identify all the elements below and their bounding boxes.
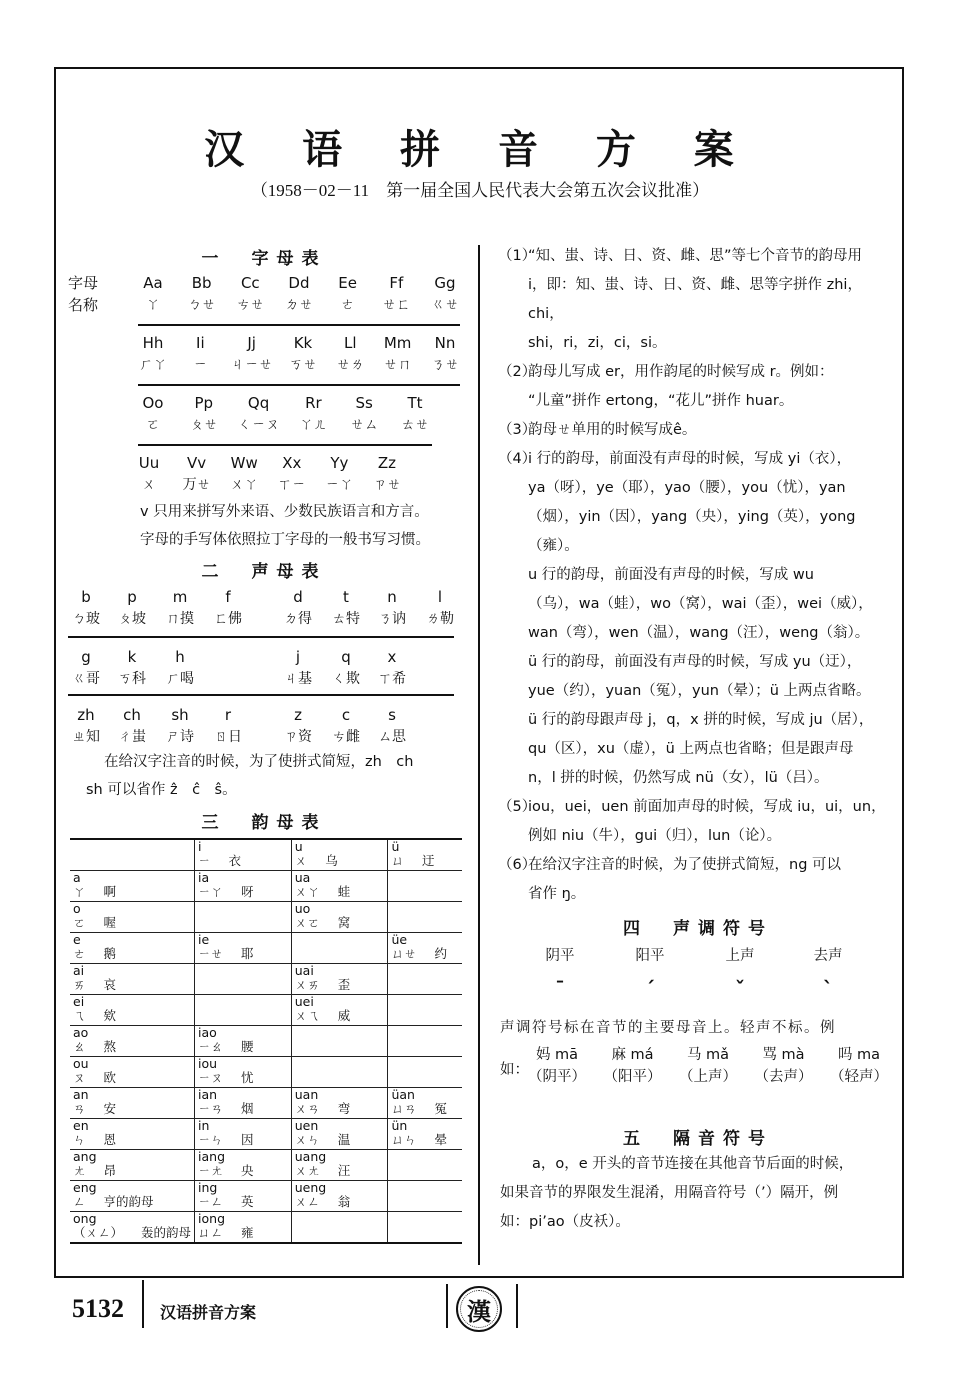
- final-zhuyin: ㄧㄚ呀: [198, 885, 288, 899]
- example-character: 英: [241, 1194, 254, 1209]
- letter: Kk: [286, 332, 320, 354]
- finals-cell: [195, 902, 292, 933]
- finals-cell: eiㄟ欸: [70, 995, 195, 1026]
- finals-cell: uㄨ乌: [291, 839, 388, 871]
- final-zhuyin: [295, 1026, 385, 1040]
- final-zhuyin: ㄨㄛ窝: [295, 916, 385, 930]
- alphabet-cell: Ddㄉㄝ: [282, 272, 316, 316]
- zhuyin-symbol: ㄨㄢ: [295, 1101, 320, 1116]
- example-character: 翁: [338, 1194, 351, 1209]
- alphabet-cell: Uuㄨ: [132, 452, 166, 496]
- final-pinyin: iong: [198, 1212, 288, 1226]
- zhuyin-symbol: ㄟ: [73, 1008, 86, 1023]
- final-zhuyin: ㄞ哀: [73, 978, 191, 992]
- example-word: 骂 mà: [755, 1044, 813, 1066]
- final-pinyin: an: [73, 1088, 191, 1102]
- final-zhuyin: ㄨ乌: [295, 854, 385, 868]
- note-line: shi，ri，zi，ci，si。: [498, 329, 896, 358]
- finals-cell: iaoㄧㄠ腰: [195, 1026, 292, 1057]
- note-text: u 行的韵母，前面没有声母的时候，写成 wu: [528, 567, 814, 583]
- zhuyin-symbol: ㄤ: [73, 1163, 86, 1178]
- finals-cell: üanㄩㄢ冤: [388, 1088, 462, 1119]
- final-zhuyin: ㄩㄥ雍: [198, 1226, 288, 1240]
- finals-cell: uaiㄨㄞ歪: [291, 964, 388, 995]
- example-character: 因: [241, 1132, 254, 1147]
- final-zhuyin: ㄤ昂: [73, 1164, 191, 1178]
- example-character: 歪: [338, 977, 351, 992]
- finals-cell: [291, 1212, 388, 1244]
- zhuyin-symbol: ㄧㄤ: [198, 1163, 223, 1178]
- finals-row: oㄛ喔uoㄨㄛ窝: [70, 902, 462, 933]
- alphabet-cell: Vvㄪㄝ: [180, 452, 214, 496]
- example-character: 弯: [338, 1101, 351, 1116]
- finals-row: angㄤ昂iangㄧㄤ央uangㄨㄤ汪: [70, 1150, 462, 1181]
- alphabet-note-v: v 只用来拼写外来语、少数民族语言和方言。: [140, 498, 429, 527]
- example-character: 鹅: [104, 946, 117, 961]
- finals-cell: uengㄨㄥ翁: [291, 1181, 388, 1212]
- final-zhuyin: ㄧㄢ烟: [198, 1102, 288, 1116]
- alphabet-cell: Mmㄝㄇ: [381, 332, 415, 376]
- apostrophe-line2: 如果音节的界限发生混淆，用隔音符号（’）隔开，例: [500, 1179, 838, 1208]
- alphabet-row: Uuㄨ Vvㄪㄝ Wwㄨㄚ Xxㄒㄧ Yyㄧㄚ Zzㄗㄝ: [132, 452, 404, 496]
- letter-name: ㄘㄝ: [233, 294, 267, 316]
- rule: [68, 636, 454, 638]
- letter-name: ㄑㄧㄡ: [238, 414, 280, 436]
- example-character: 窝: [338, 915, 351, 930]
- example-character: 威: [338, 1008, 351, 1023]
- zhuyin-symbol: ㄧㄥ: [198, 1194, 223, 1209]
- tone-name: 去声: [798, 944, 858, 965]
- zhuyin-symbol: ㄜ: [73, 946, 86, 961]
- finals-cell: [291, 1057, 388, 1088]
- final-pinyin: a: [73, 871, 191, 885]
- zhuyin-symbol: ㄩ: [391, 853, 404, 868]
- letter: Vv: [180, 452, 214, 474]
- initial-letter: x: [364, 646, 420, 668]
- final-zhuyin: [295, 1057, 385, 1071]
- example-tone: （阴平）: [528, 1066, 586, 1088]
- finals-cell: uenㄨㄣ温: [291, 1119, 388, 1150]
- finals-cell: aㄚ啊: [70, 871, 195, 902]
- tone-qusheng: 去声ˋ: [798, 944, 858, 1001]
- alphabet-cell: Nnㄋㄝ: [428, 332, 462, 376]
- note-line: （雍）。: [498, 532, 896, 561]
- initial-cell: sㄙ思: [364, 704, 420, 748]
- section-alphabet-heading: 一 字母表: [66, 244, 462, 269]
- finals-row: ong（ㄨㄥ）轰的韵母iongㄩㄥ雍: [70, 1212, 462, 1244]
- apostrophe-line3: 如：pi’ao（皮袄）。: [500, 1208, 630, 1237]
- note-text: 在给汉字注音的时候，为了使拼式简短，ng 可以: [528, 857, 841, 873]
- example-character: 啊: [104, 884, 117, 899]
- example-character: 烟: [241, 1101, 254, 1116]
- finals-row: ouㄡ欧iouㄧㄡ忧: [70, 1057, 462, 1088]
- alphabet-cell: Ooㄛ: [136, 392, 170, 436]
- letter: Tt: [398, 392, 432, 414]
- example-character: 熬: [104, 1039, 117, 1054]
- final-zhuyin: ㄧ衣: [198, 854, 288, 868]
- finals-cell: engㄥ亨的韵母: [70, 1181, 195, 1212]
- seal-emblem-icon: 漢: [456, 1286, 502, 1332]
- note-line: （6）在给汉字注音的时候，为了使拼式简短，ng 可以: [498, 851, 896, 880]
- note-text: 韵母儿写成 er，用作韵尾的时候写成 r。例如：: [528, 364, 834, 380]
- example-word: 麻 má: [604, 1044, 662, 1066]
- alphabet-letter-label: 字母: [68, 272, 98, 294]
- letter-name: ㄅㄝ: [185, 294, 219, 316]
- note-number: （4）: [498, 445, 528, 474]
- finals-note: u 行的韵母，前面没有声母的时候，写成 wu（乌），wa（蛙），wo（窝），wa…: [498, 561, 896, 648]
- note-text: iou，uei，uen 前面加声母的时候，写成 iu，ui，un，: [528, 799, 886, 815]
- final-zhuyin: ㄡ欧: [73, 1071, 191, 1085]
- example-word: 马 mǎ: [679, 1044, 737, 1066]
- final-pinyin: üe: [391, 933, 459, 947]
- final-pinyin: ing: [198, 1181, 288, 1195]
- finals-cell: aoㄠ熬: [70, 1026, 195, 1057]
- letter-name: ㄗㄝ: [370, 474, 404, 496]
- alphabet-cell: Qqㄑㄧㄡ: [238, 392, 280, 436]
- note-text: i 行的韵母，前面没有声母的时候，写成 yi（衣），: [528, 451, 851, 467]
- letter: Dd: [282, 272, 316, 294]
- example-word: 妈 mā: [528, 1044, 586, 1066]
- final-pinyin: ueng: [295, 1181, 385, 1195]
- final-zhuyin: ㄧㄝ耶: [198, 947, 288, 961]
- final-pinyin: ie: [198, 933, 288, 947]
- note-number: （3）: [498, 416, 528, 445]
- letter: Pp: [187, 392, 221, 414]
- note-line: （乌），wa（蛙），wo（窝），wai（歪），wei（威），: [498, 590, 896, 619]
- finals-notes: （1）“知、蚩、诗、日、资、雌、思”等七个音节的韵母用i，即：知、蚩、诗、日、资…: [498, 242, 896, 909]
- apostrophe-line1: a，o，e 开头的音节连接在其他音节后面的时候，: [532, 1150, 853, 1179]
- final-pinyin: u: [295, 840, 385, 854]
- letter: Bb: [185, 272, 219, 294]
- final-zhuyin: [391, 1212, 459, 1226]
- letter: Uu: [132, 452, 166, 474]
- zhuyin-symbol: ㄨㄤ: [295, 1163, 320, 1178]
- letter: Ii: [183, 332, 217, 354]
- final-pinyin: o: [73, 902, 191, 916]
- example-character: 安: [104, 1101, 117, 1116]
- letter-name: ㄊㄝ: [398, 414, 432, 436]
- letter-name: ㄋㄝ: [428, 354, 462, 376]
- letter: Rr: [296, 392, 330, 414]
- initial-cell: fㄈ佛: [200, 586, 256, 630]
- final-zhuyin: ㄨㄟ威: [295, 1009, 385, 1023]
- rule: [138, 444, 432, 446]
- alphabet-cell: Zzㄗㄝ: [370, 452, 404, 496]
- tone-yangping: 阳平ˊ: [620, 944, 680, 1001]
- final-pinyin: in: [198, 1119, 288, 1133]
- finals-cell: ong（ㄨㄥ）轰的韵母: [70, 1212, 195, 1244]
- example-tone: （轻声）: [830, 1066, 888, 1088]
- finals-note: ü 行的韵母跟声母 j，q，x 拼的时候，写成 ju（居），qu（区），xu（虚…: [498, 706, 896, 793]
- note-text: （雍）。: [528, 538, 579, 554]
- finals-cell: ünㄩㄣ晕: [388, 1119, 462, 1150]
- note-text: n，l 拼的时候，仍然写成 nü（女），lü（吕）。: [528, 770, 829, 786]
- final-zhuyin: ㄨㄥ翁: [295, 1195, 385, 1209]
- zhuyin-symbol: ㄨㄞ: [295, 977, 320, 992]
- final-zhuyin: ㄧㄡ忧: [198, 1071, 288, 1085]
- letter: Mm: [381, 332, 415, 354]
- zhuyin-symbol: ㄞ: [73, 977, 86, 992]
- finals-row: aiㄞ哀uaiㄨㄞ歪: [70, 964, 462, 995]
- alphabet-cell: Ggㄍㄝ: [428, 272, 462, 316]
- letter: Aa: [136, 272, 170, 294]
- final-pinyin: iou: [198, 1057, 288, 1071]
- finals-cell: oㄛ喔: [70, 902, 195, 933]
- finals-note: （5）iou，uei，uen 前面加声母的时候，写成 iu，ui，un，例如 n…: [498, 793, 896, 851]
- initial-letter: l: [412, 586, 468, 608]
- finals-note: （6）在给汉字注音的时候，为了使拼式简短，ng 可以省作 ŋ。: [498, 851, 896, 909]
- footer-divider: [516, 1284, 518, 1328]
- final-pinyin: ai: [73, 964, 191, 978]
- finals-cell: iangㄧㄤ央: [195, 1150, 292, 1181]
- final-pinyin: e: [73, 933, 191, 947]
- page-number: 5132: [72, 1294, 124, 1324]
- finals-cell: uanㄨㄢ弯: [291, 1088, 388, 1119]
- note-line: wan（弯），wen（温），wang（汪），weng（翁）。: [498, 619, 896, 648]
- initial-letter: f: [200, 586, 256, 608]
- example-character: 蛙: [338, 884, 351, 899]
- initials-note-line1: 在给汉字注音的时候，为了使拼式简短，zh ch: [104, 748, 413, 777]
- finals-cell: ueiㄨㄟ威: [291, 995, 388, 1026]
- note-number: （2）: [498, 358, 528, 387]
- alphabet-cell: Ppㄆㄝ: [187, 392, 221, 436]
- note-line: （1）“知、蚩、诗、日、资、雌、思”等七个音节的韵母用: [498, 242, 896, 271]
- letter: Ll: [333, 332, 367, 354]
- final-zhuyin: ㄧㄣ因: [198, 1133, 288, 1147]
- zhuyin-symbol: ㄠ: [73, 1039, 86, 1054]
- note-line: yue（约），yuan（冤），yun（晕）；ü 上两点省略。: [498, 677, 896, 706]
- note-line: （4）i 行的韵母，前面没有声母的时候，写成 yi（衣），: [498, 445, 896, 474]
- alphabet-cell: Wwㄨㄚ: [227, 452, 261, 496]
- example-character: 冤: [434, 1101, 447, 1116]
- note-text: ya（呀），ye（耶），yao（腰），you（忧），yan: [528, 480, 846, 496]
- alphabet-cell: Yyㄧㄚ: [322, 452, 356, 496]
- finals-cell: [388, 902, 462, 933]
- finals-cell: [388, 1057, 462, 1088]
- note-line: ya（呀），ye（耶），yao（腰），you（忧），yan: [498, 474, 896, 503]
- example-character: 忧: [241, 1070, 254, 1085]
- letter: Jj: [231, 332, 273, 354]
- finals-row: enㄣ恩inㄧㄣ因uenㄨㄣ温ünㄩㄣ晕: [70, 1119, 462, 1150]
- note-line: （3）韵母ㄝ单用的时候写成ê。: [498, 416, 896, 445]
- initial-letter: h: [152, 646, 208, 668]
- zhuyin-symbol: ㄨㄟ: [295, 1008, 320, 1023]
- tone-mark: ˇ: [710, 977, 770, 1001]
- letter-name: ㄏㄚ: [136, 354, 170, 376]
- note-line: ü 行的韵母，前面没有声母的时候，写成 yu（迂），: [498, 648, 896, 677]
- running-title: 汉语拼音方案: [160, 1300, 256, 1323]
- finals-row: anㄢ安ianㄧㄢ烟uanㄨㄢ弯üanㄩㄢ冤: [70, 1088, 462, 1119]
- letter-name: ㄆㄝ: [187, 414, 221, 436]
- final-zhuyin: ㄜ鹅: [73, 947, 191, 961]
- finals-cell: [291, 933, 388, 964]
- alphabet-cell: Llㄝㄌ: [333, 332, 367, 376]
- note-line: “儿童”拼作 ertong，“花儿”拼作 huar。: [498, 387, 896, 416]
- finals-note: （4）i 行的韵母，前面没有声母的时候，写成 yi（衣），ya（呀），ye（耶）…: [498, 445, 896, 561]
- tone-example: 麻 má（阳平）: [604, 1044, 662, 1088]
- zhuyin-symbol: ㄧㄠ: [198, 1039, 223, 1054]
- alphabet-cell: Eeㄜ: [331, 272, 365, 316]
- final-zhuyin: ㄟ欸: [73, 1009, 191, 1023]
- final-pinyin: uan: [295, 1088, 385, 1102]
- example-tone: （阳平）: [604, 1066, 662, 1088]
- letter-name: ㄜ: [331, 294, 365, 316]
- final-zhuyin: [198, 964, 288, 978]
- example-character: 央: [241, 1163, 254, 1178]
- finals-cell: ieㄧㄝ耶: [195, 933, 292, 964]
- example-character: 晕: [434, 1132, 447, 1147]
- final-pinyin: iao: [198, 1026, 288, 1040]
- example-character: 欸: [104, 1008, 117, 1023]
- page-subtitle: （1958－02－11 第一届全国人民代表大会第五次会议批准）: [0, 176, 960, 201]
- finals-cell: uangㄨㄤ汪: [291, 1150, 388, 1181]
- zhuyin-symbol: ㄩㄝ: [391, 946, 416, 961]
- example-character: 耶: [241, 946, 254, 961]
- alphabet-cell: Hhㄏㄚ: [136, 332, 170, 376]
- final-zhuyin: [391, 1026, 459, 1040]
- tone-name: 阴平: [530, 944, 590, 965]
- section-apostrophe-heading: 五 隔音符号: [500, 1124, 896, 1149]
- zhuyin-symbol: ㄧㄚ: [198, 884, 223, 899]
- final-pinyin: ao: [73, 1026, 191, 1040]
- letter-name: ㄝㄇ: [381, 354, 415, 376]
- alphabet-cell: Ttㄊㄝ: [398, 392, 432, 436]
- letter-name: ㄝㄈ: [379, 294, 413, 316]
- finals-cell: [388, 1212, 462, 1244]
- zhuyin-symbol: ㄢ: [73, 1101, 86, 1116]
- tone-examples: 妈 mā（阴平） 麻 má（阳平） 马 mǎ（上声） 骂 mà（去声） 吗 ma…: [528, 1044, 888, 1088]
- finals-cell: iㄧ衣: [195, 839, 292, 871]
- final-pinyin: uei: [295, 995, 385, 1009]
- zhuyin-symbol: ㄩㄣ: [391, 1132, 416, 1147]
- initial-cell: rㄖ日: [200, 704, 256, 748]
- alphabet-cell: Iiㄧ: [183, 332, 217, 376]
- finals-row: eiㄟ欸ueiㄨㄟ威: [70, 995, 462, 1026]
- alphabet-cell: Ccㄘㄝ: [233, 272, 267, 316]
- zhuyin-symbol: ㄨㄛ: [295, 915, 320, 930]
- final-pinyin: ian: [198, 1088, 288, 1102]
- example-character: 衣: [229, 853, 242, 868]
- footer-divider: [446, 1284, 448, 1328]
- final-pinyin: üan: [391, 1088, 459, 1102]
- alphabet-name-label: 名称: [68, 294, 98, 316]
- finals-cell: [195, 964, 292, 995]
- note-text: “儿童”拼作 ertong，“花儿”拼作 huar。: [528, 393, 793, 409]
- alphabet-cell: Ffㄝㄈ: [379, 272, 413, 316]
- final-pinyin: uai: [295, 964, 385, 978]
- finals-cell: inㄧㄣ因: [195, 1119, 292, 1150]
- finals-cell: ianㄧㄢ烟: [195, 1088, 292, 1119]
- example-character: 汪: [338, 1163, 351, 1178]
- initial-zhuyin: ㄒ希: [364, 668, 420, 690]
- initial-letter: r: [200, 704, 256, 726]
- final-zhuyin: ㄢ安: [73, 1102, 191, 1116]
- letter-name: ㄐㄧㄝ: [231, 354, 273, 376]
- letter-name: ㄝㄌ: [333, 354, 367, 376]
- alphabet-row: Aaㄚ Bbㄅㄝ Ccㄘㄝ Ddㄉㄝ Eeㄜ Ffㄝㄈ Ggㄍㄝ: [136, 272, 462, 316]
- letter: Zz: [370, 452, 404, 474]
- final-pinyin: ong: [73, 1212, 191, 1226]
- zhuyin-symbol: ㄩㄢ: [391, 1101, 416, 1116]
- note-line: n，l 拼的时候，仍然写成 nü（女），lü（吕）。: [498, 764, 896, 793]
- finals-cell: [388, 871, 462, 902]
- alphabet-cell: Jjㄐㄧㄝ: [231, 332, 273, 376]
- letter: Oo: [136, 392, 170, 414]
- final-zhuyin: ㄧㄥ英: [198, 1195, 288, 1209]
- example-character: 雍: [241, 1225, 254, 1240]
- finals-table: iㄧ衣uㄨ乌üㄩ迂aㄚ啊iaㄧㄚ呀uaㄨㄚ蛙oㄛ喔uoㄨㄛ窝eㄜ鹅ieㄧㄝ耶üe…: [70, 838, 462, 1244]
- final-pinyin: ua: [295, 871, 385, 885]
- example-character: 温: [338, 1132, 351, 1147]
- finals-row: eㄜ鹅ieㄧㄝ耶üeㄩㄝ约: [70, 933, 462, 964]
- final-pinyin: uen: [295, 1119, 385, 1133]
- finals-cell: uaㄨㄚ蛙: [291, 871, 388, 902]
- tone-example-prefix: 如：: [500, 1058, 529, 1079]
- letter-name: ㄧㄚ: [322, 474, 356, 496]
- final-zhuyin: ㄩㄢ冤: [391, 1102, 459, 1116]
- final-zhuyin: [198, 995, 288, 1009]
- finals-note: ü 行的韵母，前面没有声母的时候，写成 yu（迂），yue（约），yuan（冤）…: [498, 648, 896, 706]
- final-pinyin: en: [73, 1119, 191, 1133]
- initial-zhuyin: ㄏ喝: [152, 668, 208, 690]
- tone-shangsheng: 上声ˇ: [710, 944, 770, 1001]
- example-character: 轰的韵母: [141, 1225, 191, 1240]
- initial-zhuyin: ㄈ佛: [200, 608, 256, 630]
- note-line: （烟），yin（因），yang（央），ying（英），yong: [498, 503, 896, 532]
- letter-name: ㄨ: [132, 474, 166, 496]
- final-zhuyin: ㄨㄤ汪: [295, 1164, 385, 1178]
- note-number: （1）: [498, 242, 528, 271]
- note-text: 省作 ŋ。: [528, 886, 585, 902]
- note-text: 韵母ㄝ单用的时候写成ê。: [528, 422, 696, 438]
- final-zhuyin: ㄩㄣ晕: [391, 1133, 459, 1147]
- note-text: wan（弯），wen（温），wang（汪），weng（翁）。: [528, 625, 869, 641]
- finals-row: engㄥ亨的韵母ingㄧㄥ英uengㄨㄥ翁: [70, 1181, 462, 1212]
- note-line: （5）iou，uei，uen 前面加声母的时候，写成 iu，ui，un，: [498, 793, 896, 822]
- column-divider: [478, 245, 480, 1265]
- letter-name: ㄒㄧ: [275, 474, 309, 496]
- section-tones-heading: 四 声调符号: [500, 914, 896, 939]
- note-number: （5）: [498, 793, 528, 822]
- initial-cell: xㄒ希: [364, 646, 420, 690]
- finals-cell: enㄣ恩: [70, 1119, 195, 1150]
- final-zhuyin: [391, 902, 459, 916]
- alphabet-row: Ooㄛ Ppㄆㄝ Qqㄑㄧㄡ Rrㄚㄦ Ssㄝㄙ Ttㄊㄝ: [136, 392, 432, 436]
- final-zhuyin: ㄛ喔: [73, 916, 191, 930]
- finals-row: aㄚ啊iaㄧㄚ呀uaㄨㄚ蛙: [70, 871, 462, 902]
- letter-name: ㄚㄦ: [296, 414, 330, 436]
- example-character: 喔: [104, 915, 117, 930]
- rule: [68, 694, 454, 696]
- final-zhuyin: [391, 1057, 459, 1071]
- tone-yinping: 阴平ˉ: [530, 944, 590, 1001]
- finals-cell: üeㄩㄝ约: [388, 933, 462, 964]
- zhuyin-symbol: ㄨ: [295, 853, 308, 868]
- tone-example: 吗 ma（轻声）: [830, 1044, 888, 1088]
- note-number: （6）: [498, 851, 528, 880]
- final-zhuyin: ㄨㄚ蛙: [295, 885, 385, 899]
- final-zhuyin: [391, 964, 459, 978]
- finals-cell: ouㄡ欧: [70, 1057, 195, 1088]
- zhuyin-symbol: ㄛ: [73, 915, 86, 930]
- final-pinyin: ia: [198, 871, 288, 885]
- finals-cell: iouㄧㄡ忧: [195, 1057, 292, 1088]
- finals-cell: [388, 964, 462, 995]
- final-pinyin: uo: [295, 902, 385, 916]
- tone-example: 马 mǎ（上声）: [679, 1044, 737, 1088]
- tone-rule: 声调符号标在音节的主要母音上。轻声不标。例: [500, 1014, 836, 1043]
- finals-cell: uoㄨㄛ窝: [291, 902, 388, 933]
